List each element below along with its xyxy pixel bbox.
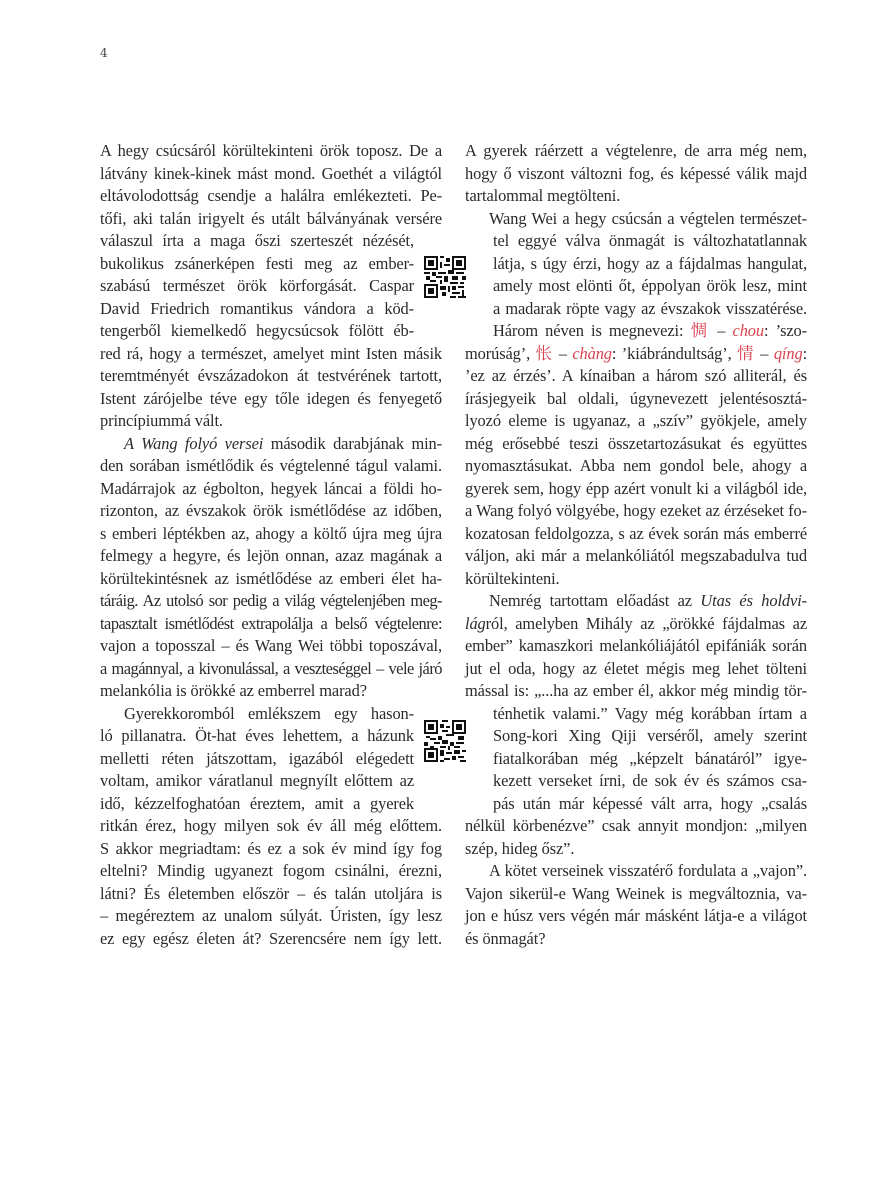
hanzi-chang: 怅: [536, 344, 554, 363]
text-line: körültekintésnek az ismétlődése az ember…: [100, 568, 442, 591]
text-line: voltam, amikor váratlanul megnyílt előtt…: [100, 770, 414, 793]
text-line: tartalommal megtölteni.: [465, 185, 807, 208]
text-line: A Wang folyó versei második darabjának m…: [100, 433, 442, 456]
text-line: váljon, aki már a melankóliától megszaba…: [465, 545, 807, 568]
text-line: eltávolodottság csendje a halálra emléke…: [100, 185, 442, 208]
book-title: A Wang folyó versei: [124, 434, 263, 453]
text-line: eltelni? Mindig ugyanezt fogom csinálni,…: [100, 860, 442, 883]
text-line: Vajon sikerül-e Wang Weinek is megváltoz…: [465, 883, 807, 906]
qr-code-icon[interactable]: [424, 712, 466, 770]
text-line: s emberi léptékben az, ahogy a költő újr…: [100, 523, 442, 546]
text-line: ’ez az érzés’. A kínaiban a három szó al…: [465, 365, 807, 388]
text-line: tel eggyé válva önmagát is változhatatla…: [493, 230, 807, 253]
text-line: lyozó eleme is ugyanaz, a „szív” gyökjel…: [465, 410, 807, 433]
text-line: bukolikus zsánerképen festi meg az ember…: [100, 253, 414, 276]
text-line: A hegy csúcsáról körültekinteni örök top…: [100, 140, 442, 163]
text-line: felmegy a hegyre, és lejön onnan, azaz m…: [100, 545, 442, 568]
text-line: tőfi, aki talán irigyelt és utált bálván…: [100, 208, 442, 231]
text-line: mással is: „...ha az ember él, akkor még…: [465, 680, 807, 703]
text-line: gyerek sem, hogy épp azért vonult ki a v…: [465, 478, 807, 501]
text-line: nélkül körbenézve” csak annyit mondjon: …: [465, 815, 807, 838]
text-line: még erősebbé teszi összetartozásukat és …: [465, 433, 807, 456]
text-line: ténhetik valami.” Vagy még korábban írta…: [493, 703, 807, 726]
text-line: pás után már képessé vált arra, hogy „cs…: [493, 793, 807, 816]
text-line: a madarak röpte vagy az évszakok visszat…: [493, 298, 807, 321]
text-line: morúság’, 怅 – chàng: ’kiábrándultság’, 情…: [465, 343, 807, 366]
text-line: red rá, hogy a természet, amelyet mint I…: [100, 343, 442, 366]
text-line: tapasztalt ismétlődést extrapolálja a be…: [100, 613, 442, 636]
text-line: S akkor megriadtam: és ez a sok év mind …: [100, 838, 442, 861]
text-line: és önmagát?: [465, 928, 807, 951]
text-line: idő, kézzelfoghatóan éreztem, amit a gye…: [100, 793, 414, 816]
right-column: A gyerek ráérzett a végtelenre, de arra …: [465, 140, 807, 950]
text-line: A gyerek ráérzett a végtelenre, de arra …: [465, 140, 807, 163]
left-column: A hegy csúcsáról körültekinteni örök top…: [100, 140, 442, 950]
text-line: hogy ő viszont változni fog, és képessé …: [465, 163, 807, 186]
qr-code-icon[interactable]: [424, 248, 466, 306]
text-line: ember” kamaszkori melankóliájától epifán…: [465, 635, 807, 658]
text-line: körültekinteni.: [465, 568, 807, 591]
text-line: Madárrajok az égbolton, hegyek láncai a …: [100, 478, 442, 501]
text-line: lágról, amelyben Mihály az „örökké fájda…: [465, 613, 807, 636]
text-line: a magánnyal, a kivonulással, a veszteség…: [100, 658, 442, 681]
text-line: tengerből kiemelkedő hegycsúcsok fölött …: [100, 320, 414, 343]
text-line: szabású természet örök körforgását. Casp…: [100, 275, 414, 298]
text-line: Gyerekkoromból emlékszem egy hason-: [100, 703, 414, 726]
text-line: válaszul írta a maga őszi szerteszét néz…: [100, 230, 414, 253]
hanzi-qing: 情: [737, 344, 755, 363]
text-line: Wang Wei a hegy csúcsán a végtelen termé…: [465, 208, 807, 231]
text-line: jon e húsz vers végén már másként látja-…: [465, 905, 807, 928]
text-line: – megéreztem az unalom súlyát. Úristen, …: [100, 905, 442, 928]
text-line: nyomasztásukat. Abba nem gondol bele, ah…: [465, 455, 807, 478]
text-line: kozatosan feldolgozza, s az évek során m…: [465, 523, 807, 546]
text-line: látvány kinek-kinek mást mond. Goethét a…: [100, 163, 442, 186]
text-line: fiatalkorában még „képzelt bánatáról” ig…: [493, 748, 807, 771]
text-line: teremtményét évszázadokon át testvérének…: [100, 365, 442, 388]
text-line: írásjegyeik bal oldali, úgynevezett jele…: [465, 388, 807, 411]
text-line: kezett verseket írni, de sok év és számo…: [493, 770, 807, 793]
text-line: látni? És életemben először – és talán u…: [100, 883, 442, 906]
text-line: táráig. Az utolsó sor pedig a világ végt…: [100, 590, 442, 613]
text-line: princípiummá vált.: [100, 410, 442, 433]
text-line: látja, s úgy érzi, hogy az a fájdalmas h…: [493, 253, 807, 276]
text-line: melletti réten játszottam, igazából elég…: [100, 748, 414, 771]
pinyin-chang: chàng: [572, 344, 612, 363]
text-line: ritkán érez, hogy milyen sok év áll még …: [100, 815, 442, 838]
page-number: 4: [100, 46, 108, 60]
pinyin-qing: qíng: [774, 344, 803, 363]
text-line: melankólia is örökké az emberrel marad?: [100, 680, 442, 703]
text-line: vajon a toposszal – és Wang Wei többi to…: [100, 635, 442, 658]
text-line: a Wang folyó völgyébe, hogy ezeket az ér…: [465, 500, 807, 523]
text-line: szép, hideg ősz”.: [465, 838, 807, 861]
pinyin-chou: chou: [733, 321, 764, 340]
text-line: amely most elönti őt, éppolyan örök lesz…: [493, 275, 807, 298]
text-line: ez egy egész életen át? Szerencsére nem …: [100, 928, 442, 951]
book-title: Utas és holdvi-: [700, 591, 807, 610]
book-title: lág: [465, 614, 486, 633]
text-line: David Friedrich romantikus vándora a köd…: [100, 298, 414, 321]
text-line: jut el oda, hogy az életet mégis meg leh…: [465, 658, 807, 681]
text-line: Song-kori Xing Qiji verséről, amely szer…: [493, 725, 807, 748]
text-line: Istent zárójelbe téve egy tőle idegen és…: [100, 388, 442, 411]
text-line: den sorában ismétlődik és végtelenné tág…: [100, 455, 442, 478]
text-line: Három néven is megnevezi: 惆 – chou: ’szo…: [493, 320, 807, 343]
text-line: rizonton, az évszakok örök ismétlődése a…: [100, 500, 442, 523]
text-line: A kötet verseinek visszatérő fordulata a…: [465, 860, 807, 883]
hanzi-chou: 惆: [691, 321, 710, 340]
text-line: Nemrég tartottam előadást az Utas és hol…: [465, 590, 807, 613]
text-line: ló pillanatra. Öt-hat éves lehettem, a h…: [100, 725, 414, 748]
